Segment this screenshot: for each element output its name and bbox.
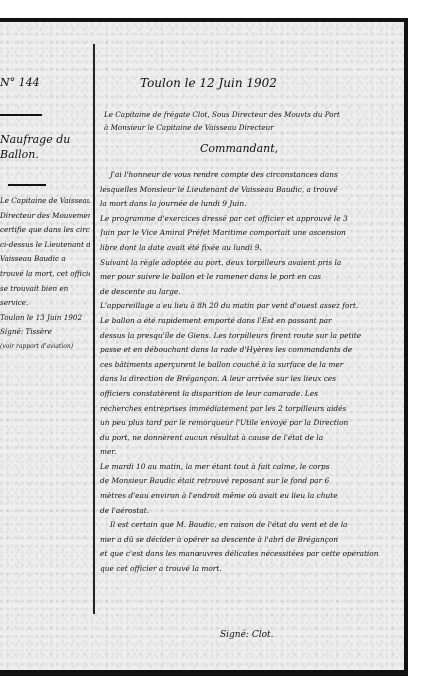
divider bbox=[8, 184, 46, 186]
document-number: N° 144 bbox=[0, 76, 40, 89]
document-page: N° 144 Naufrage du Ballon. Le Capitaine … bbox=[0, 18, 408, 676]
address-block: Le Capitaine de frégate Clot, Sous Direc… bbox=[104, 108, 340, 134]
margin-certification: Le Capitaine de Vaisseau Directeur des M… bbox=[0, 194, 90, 355]
date-line: Toulon le 12 Juin 1902 bbox=[140, 76, 277, 90]
report-text: J'ai l'honneur de vous rendre compte des… bbox=[100, 168, 400, 577]
divider bbox=[0, 114, 42, 116]
margin-note: (voir rapport d'aviation) bbox=[0, 340, 90, 355]
subject-heading: Naufrage du Ballon. bbox=[0, 132, 88, 162]
margin-rule bbox=[93, 44, 95, 614]
signature: Signé: Clot. bbox=[220, 630, 273, 640]
salutation: Commandant, bbox=[200, 142, 278, 155]
